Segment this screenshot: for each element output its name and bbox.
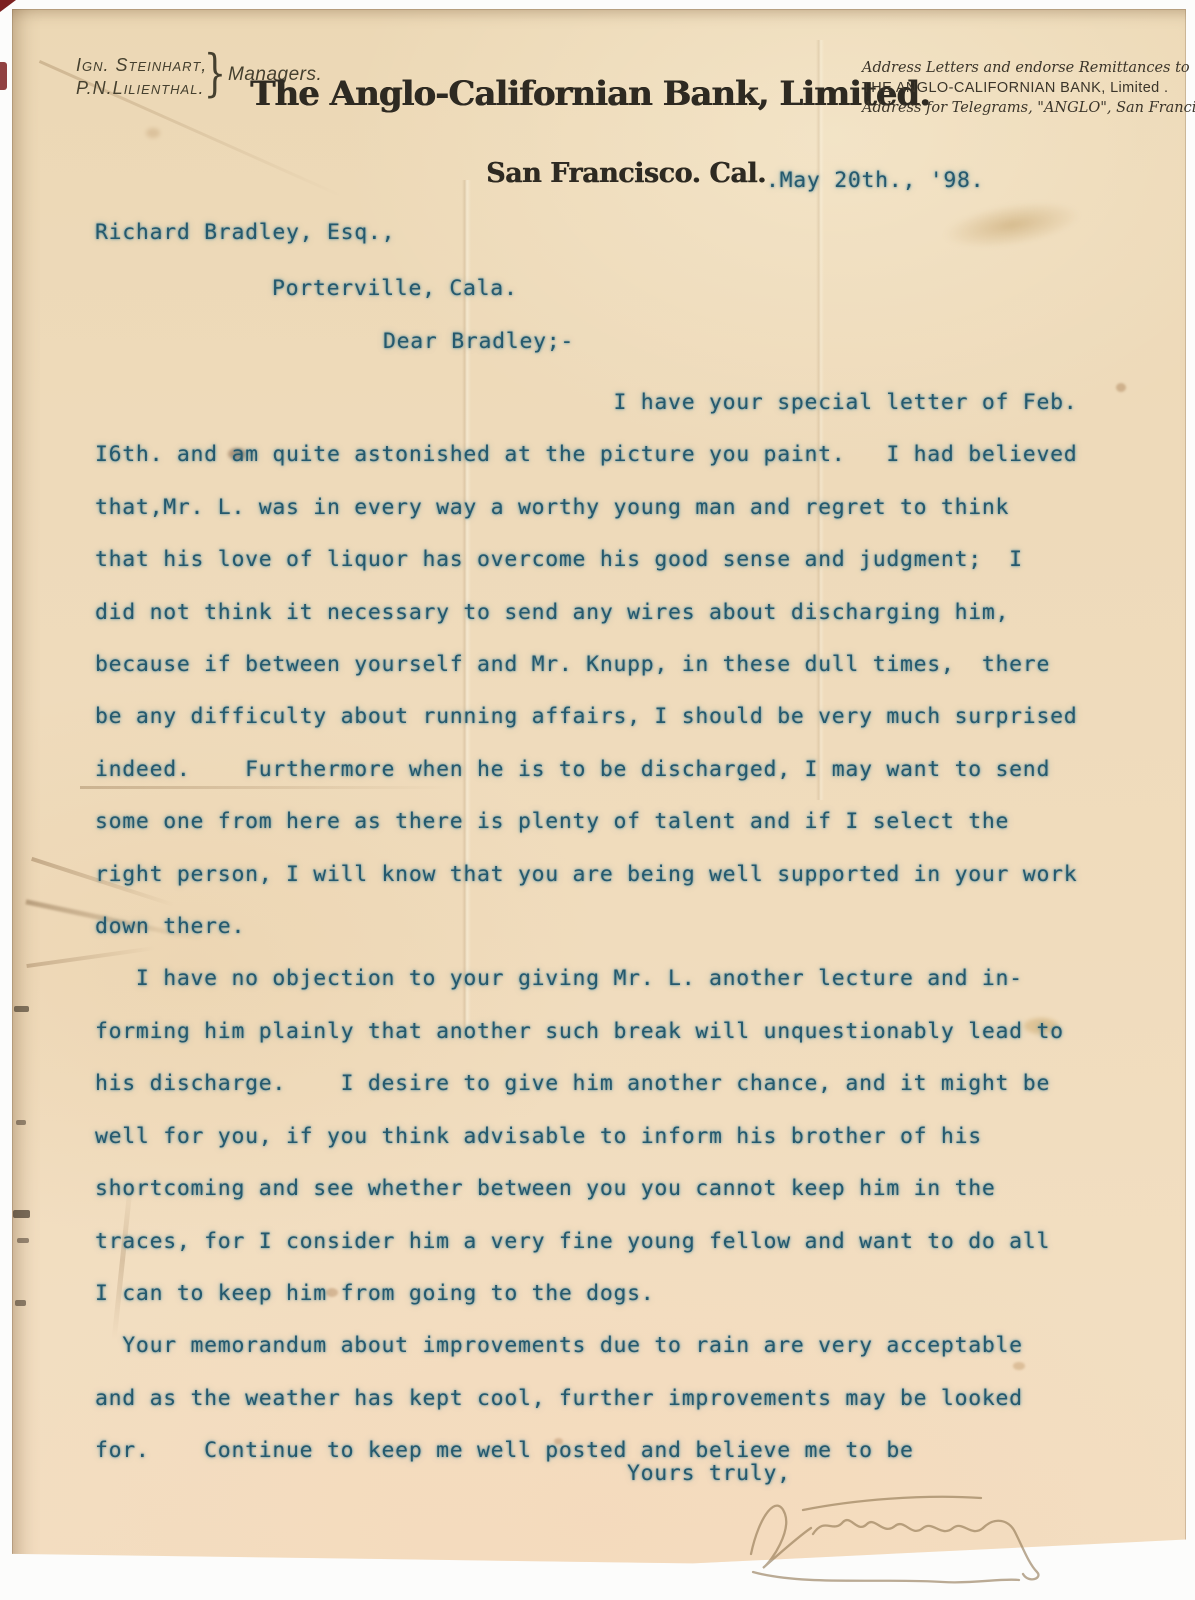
managers-names: Ign. Steinhart, P.N.Lilienthal. (76, 54, 207, 100)
salutation: Dear Bradley;- (383, 329, 574, 354)
letter-body-line: shortcoming and see whether between you … (95, 1163, 1125, 1215)
letter-body-line: I have no objection to your giving Mr. L… (95, 953, 1125, 1005)
letter-body-line: well for you, if you think advisable to … (95, 1111, 1125, 1163)
letter-body-line: for. Continue to keep me well posted and… (95, 1425, 1125, 1477)
place-line: San Francisco. Cal. (486, 158, 766, 189)
letter-body-line: down there. (95, 901, 1125, 953)
brace-glyph: } (204, 44, 226, 103)
letter-body-line: because if between yourself and Mr. Knup… (95, 639, 1125, 691)
letter-body-line: his discharge. I desire to give him anot… (95, 1058, 1125, 1110)
letter-body-line: that,Mr. L. was in every way a worthy yo… (95, 482, 1125, 534)
letter-body: I have your special letter of Feb.I6th. … (95, 377, 1125, 1478)
letter-body-line: did not think it necessary to send any w… (95, 587, 1125, 639)
telegram-address: Address for Telegrams, "ANGLO", San Fran… (862, 98, 1162, 118)
letter-body-line: and as the weather has kept cool, furthe… (95, 1373, 1125, 1425)
date-line: .May 20th., '98. (766, 168, 984, 193)
signature (733, 1476, 1123, 1591)
letter-body-line: I6th. and am quite astonished at the pic… (95, 429, 1125, 481)
letter-body-line: that his love of liquor has overcome his… (95, 534, 1125, 586)
letter-body-line: traces, for I consider him a very fine y… (95, 1216, 1125, 1268)
letter-body-line: I have your special letter of Feb. (95, 377, 1125, 429)
letter-body-line: I can to keep him from going to the dogs… (95, 1268, 1125, 1320)
letter-body-line: be any difficulty about running affairs,… (95, 691, 1125, 743)
scanned-letter-page: { "letterhead": { "managers_names": "Ign… (0, 0, 1195, 1600)
letter-body-line: right person, I will know that you are b… (95, 849, 1125, 901)
letter-body-line: some one from here as there is plenty of… (95, 796, 1125, 848)
scan-edge-mark (0, 62, 7, 90)
letter-body-line: indeed. Furthermore when he is to be dis… (95, 744, 1125, 796)
recipient-name: Richard Bradley, Esq., (95, 220, 395, 245)
bank-title: The Anglo-Californian Bank, Limited. (250, 74, 910, 114)
remittance-instruction: Address Letters and endorse Remittances … (862, 58, 1162, 78)
recipient-city: Porterville, Cala. (272, 276, 518, 301)
letter-body-line: forming him plainly that another such br… (95, 1006, 1125, 1058)
bank-name-line: THE ANGLO-CALIFORNIAN BANK, Limited . (862, 78, 1162, 98)
letter-body-line: Your memorandum about improvements due t… (95, 1320, 1125, 1372)
remittance-address-block: Address Letters and endorse Remittances … (862, 58, 1162, 118)
